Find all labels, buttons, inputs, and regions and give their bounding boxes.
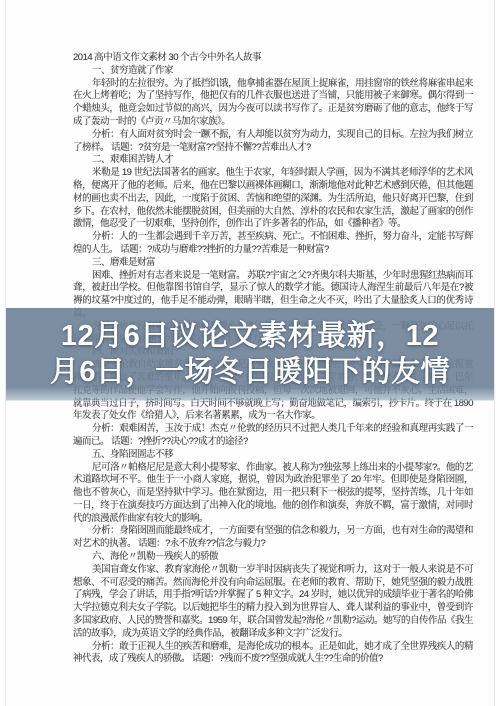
section-heading: 六、海伦〃凯勒－残疾人的骄傲	[73, 551, 473, 564]
paragraph: 分析：身陷囹圄而能最终成才，一方面要有坚强的信念和毅力，另一方面，也有对生命的渴…	[73, 525, 473, 551]
paragraph: 分析：敢于正视人生的疾苦和磨难，是海伦成功的根本。正是如此，她才成了全世界残疾人…	[73, 641, 473, 667]
paragraph: 米勒是 19 世纪法国著名的画家。他生于农家，年轻时跟人学画，因为不满其老师浮华…	[73, 167, 473, 231]
paragraph: 分析：人的一生都会遇到千辛万苦，甚至疾病、死亡。不怕困难、挫折，努力奋斗，定能书…	[73, 231, 473, 257]
section-heading: 五、身陷囹圄志不移	[73, 449, 473, 462]
paragraph: 美国盲聋女作家、教育家海伦〃凯勒一岁半时因病丧失了视觉和听力，这对于一般人来说是…	[73, 564, 473, 641]
section-heading: 三、磨难是财富	[73, 257, 473, 270]
overlay-banner: 12月6日议论文素材最新，12 月6日，一场冬日暖阳下的友情	[6, 308, 494, 400]
overlay-title-line-1: 12月6日议论文素材最新，12	[61, 318, 439, 354]
paragraph: 尼可洛〃帕格尼尼是意大利小提琴家、作曲家。被人称为?独弦琴上练出来的小提琴家?。…	[73, 462, 473, 526]
section-heading: 一、贫穷造就了作家	[73, 65, 473, 78]
overlay-title-line-2: 月6日，一场冬日暖阳下的友情	[50, 354, 450, 390]
paragraph: 分析：艰难困苦，玉汝于成！杰克〃伦敦的经历只不过把人类几千年来的经验和真理再实践…	[73, 423, 473, 449]
paragraph: 分析：有人面对贫穷时会一蹶不振，有人却能以贫穷为动力，实现自己的目标。左拉为我们…	[73, 129, 473, 155]
section-heading: 二、艰难困苦铸人才	[73, 154, 473, 167]
document-title: 2014 高中语文作文素材 30 个古今中外名人故事	[73, 52, 473, 65]
document-photo: 2014 高中语文作文素材 30 个古今中外名人故事 一、贫穷造就了作家年轻时的…	[5, 0, 495, 706]
paragraph: 年轻时的左拉很穷。为了抵挡饥饿，他拿捕雀器在屋顶上捉麻雀，用挂窗帘的铁丝将麻雀串…	[73, 78, 473, 129]
